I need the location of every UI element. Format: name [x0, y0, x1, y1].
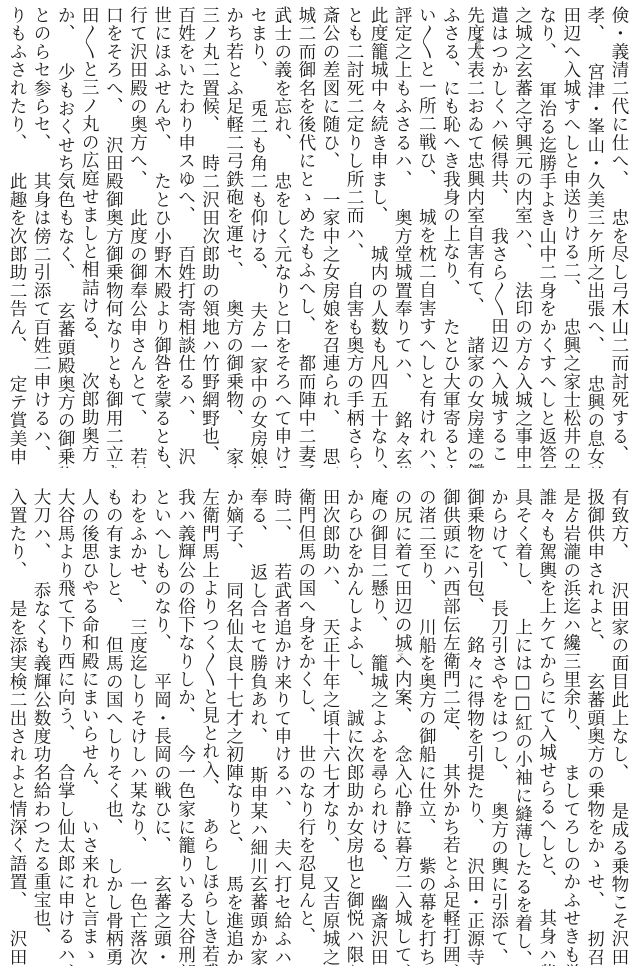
text-column: とのらセ参らセ、 其身は傍二引添て百姓二申けるハ、 其方達能こそ参 — [28, 6, 54, 468]
text-column: 大谷馬より飛て下り西に向う、 合掌し仙太郎に申けるハ、 某か帯たる — [52, 488, 78, 966]
text-column: 田〳〵と三ノ丸の広庭せましと相詰ける、 次郎助奥方ハ廿計なりし — [76, 6, 102, 468]
text-column: 入置たり、 是を添実検二出されよと情深く語置、 沢田仙太郎二討れ相 — [4, 488, 30, 966]
text-column: 奉る、 返し合セて勝負あれ、 斯申某ハ細川玄蕃頭か家来沢田出羽之守 — [245, 488, 271, 966]
text-column: 三ノ丸二置候、 時二沢田次郎助の領地ハ竹野網野也、 常に儒を学、 民 — [197, 6, 223, 468]
text-column: 大刀ハ、 忝なくも義輝公数度功名給わつたる重宝也、 則内兜二御墨付 — [28, 488, 54, 966]
text-column: 左衛門馬上よりつく〳〵と見とれ入、 あらしほらしき若武者かな、 — [197, 488, 223, 966]
text-column: わをふかせ、 三度迄しりそけしハ某なり、 一色亡落次第、 誰有て見る — [124, 488, 150, 966]
text-column: 城二而御名を後代にとゝめたもふへし、 都而陣中二妻子の有ハ、 却テ — [293, 6, 319, 468]
text-column: い〳〵と一所二戦ひ、 城を枕二自害すへしと有けれハ、 左様留主居 — [413, 6, 439, 468]
text-column: 我ハ義輝公の俗下なりしか、 今一色家に籠りいる大谷刑部ノ大夫成家 — [173, 488, 199, 966]
text-column: 世にほふせんや、 たとひ小野木殿より御咎を蒙るとも、 我々ハ峯山二 — [149, 6, 175, 468]
text-column: 衛門但馬の国へ身をかくし、 世のなり行を忍見んと、 馬を進落行ける — [293, 488, 319, 966]
text-column: 田辺へ入城すへしと申送りける二、 忠興之家士松井の内室野田遠方事 — [558, 6, 584, 468]
text-column: 扱御供申されよと、 玄蕃頭奥方の乗物をかゝせ、 扨召仕の女中を呼、 — [582, 488, 608, 966]
text-column: ふさる、にも恥へき我身の上なり、 たとひ大軍寄るとも、 かた — [437, 6, 463, 468]
text-column: 口をそろへ、 沢田殿御奥方御乗物何なりとも御用二立たし、 沢 — [100, 6, 126, 468]
text-column: の渚二至り、 川船を奥方の御船に仕立、 紫の幕を打ち□り二、 由良川 — [413, 488, 439, 966]
text-column: か、 少もおくせち気色もなく、 玄蕃頭殿奥方の御乗物を奥へ入、 あゝ — [52, 6, 78, 468]
text-column: 田次郎助ハ、 天正十年之頃十六七才なり、 又吉原城之時、 大谷刑部左 — [317, 488, 343, 966]
text-column: 斎公の差図に随ひ、 一家中之女房娘を召連られ、 思召も候て、 田辺本 — [317, 6, 343, 468]
text-column: 有致方、 沢田家の面目此上なし、 是成る乗物こそ沢田の内宝也、 静に — [606, 488, 632, 966]
text-column: かち若とふ足軽二弓鉄砲を運セ、 奥方の御乗物、 家中乗物十挺はかり — [221, 6, 247, 468]
text-column: からけて、 長刀引さやをはつし、 奥方の輿に引添て、 一家中の女房娘 — [486, 488, 512, 966]
text-column: 庵の御目二懸り、 籠城之よふを尋られける、 幽斎沢田か妻のかたきは — [365, 488, 391, 966]
document-page: 倹・義清二代に仕へ、 忠を尽し弓木山二而討死する、 慶長五年長岡藤孝、 宮津・峯… — [0, 0, 633, 971]
ruby-annotation-bottom: (マ) — [396, 650, 403, 661]
text-column: 評定之上もふさるハ、 奥方堂城置奉りてハ、 銘々玄蕃頭へ申訳なし、 — [389, 6, 415, 468]
text-column: 御乗物を引包、 銘々に得物を引提たり、 沢田・正源寺殿はからひ二而、 — [462, 488, 488, 966]
ruby-annotation-top: (御殿カ) — [474, 36, 481, 59]
text-column: なり、 軍治る迄勝手よき山中二身をかくすへしと返答有、 久美・峯山 — [534, 6, 560, 468]
text-column: か嫡子、 同名仙太良十七才之初陣なりと、 馬を進追かけ来たる、 刑部 — [221, 488, 247, 966]
text-column: 此度籠城中々続き申まし、 城内の人数も凡四五十なり、 さすれハ銘々 — [365, 6, 391, 468]
text-column: 遣はつかしくハ候得共、 我さら〳〵田辺へ入城するこゝろにあらす、 — [486, 6, 512, 468]
text-column: からひをかんしよふし、 誠に次郎助か女房也と御悦ハ限りなし、 此沢 — [341, 488, 367, 966]
text-column: 是ゟ岩瀧の浜迄ハ纔三里余り、 ましてろしのかふせきも覚束なく、 — [558, 488, 584, 966]
text-column: もの有ましと、 但馬の国へしりそく也、 しかし骨柄勇々敷若もの、 成 — [100, 488, 126, 966]
text-column: 武士の義を忘れ、 忠をしく元なりと口をそろへて申ける、 奥方此利に — [269, 6, 295, 468]
text-column: 倹・義清二代に仕へ、 忠を尽し弓木山二而討死する、 慶長五年長岡藤 — [606, 6, 632, 468]
text-column: セまり、 兎二も角二も仰ける、 夫ゟ一家中の女房娘銘々調度を取集、 — [245, 6, 271, 468]
text-column: 行て沢田殿の奥方へ、 此度の御奉公申さんとて、 若者とも弐百人余り — [124, 6, 150, 468]
text-column: 先度大表二おゐて忠興内室自害有て、 諸家の女房達の鑑ともなり、 も — [462, 6, 488, 468]
text-column: とも二討死二定りし所二而ハ、 自害も奥方の手柄さら〳〵なし、 幽 — [341, 6, 367, 468]
text-block-top: 倹・義清二代に仕へ、 忠を尽し弓木山二而討死する、 慶長五年長岡藤孝、 宮津・峯… — [0, 6, 633, 468]
text-block-bottom: 有致方、 沢田家の面目此上なし、 是成る乗物こそ沢田の内宝也、 静に扱御供申され… — [0, 488, 633, 966]
text-column: 具そく着し、 上には□□紅の小袖に縫薄したるを着し、 裾小みしかく — [510, 488, 536, 966]
text-column: 人の後思ひやる命和殿にまいらせん、 いさ来れと言まゝに弐打三打合、 — [76, 488, 102, 966]
text-column: 御供頭にハ西部伝左衛門二定、 其外かち若とふ足軽打囲、 程なく岩瀧 — [437, 488, 463, 966]
text-column: 百姓をいたわり申スゆへ、 百姓打寄相談仕るハ、 沢田殿の御恩いつの — [173, 6, 199, 468]
text-column: といへしものなり、 平岡・長岡の戦ひに、 玄蕃之頭・松井・有吉にあ — [149, 488, 175, 966]
text-column: りもふされたり、 此趣を次郎助二告ん、 定テ賞美申さるへし、 世に誠 — [4, 6, 30, 468]
text-column: 之城之玄蕃之守興元の内室ハ、 法印の方ゟ入城之事申来る、 老人の心 — [510, 6, 536, 468]
text-column: 誰々も駕輿を上ケてからにて入城せらるへしと、 其身ハ紫おとしの小 — [534, 488, 560, 966]
text-column: 孝、 宮津・峯山・久美三ケ所之出張へ、 忠興の息女并二人之妻、 急き — [582, 6, 608, 468]
text-column: 時二、 若武者追かけ来りて申けるハ、 夫へ打セ給ふハ一色之勇将と見 — [269, 488, 295, 966]
text-column: の尻に着て田辺の城へ内案、 念入心静に暮方二入城して、 幽斎夫婦妙 — [389, 488, 415, 966]
